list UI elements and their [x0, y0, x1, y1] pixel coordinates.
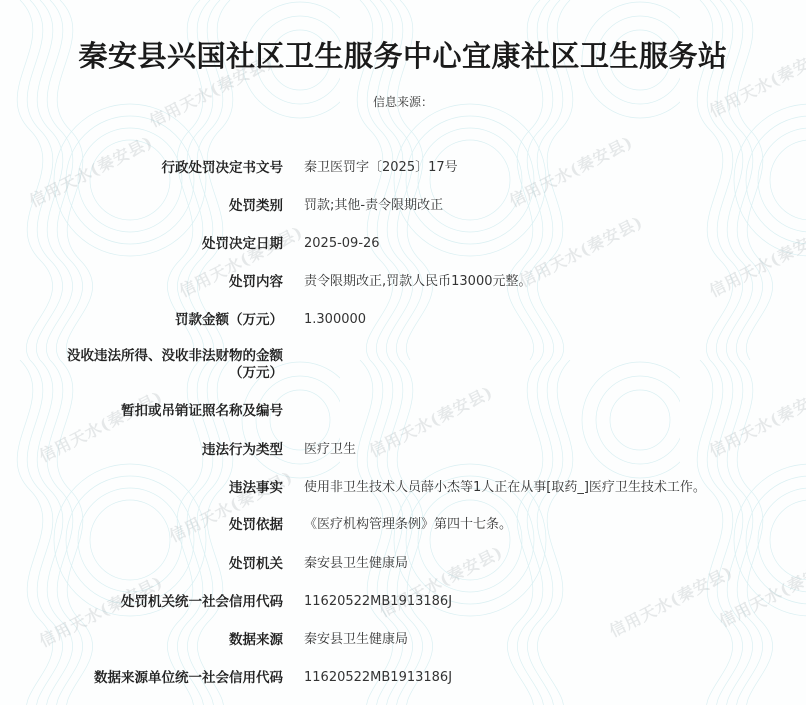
field-legal-basis: 处罚依据 《医疗机构管理条例》第四十七条。 [0, 516, 806, 538]
info-source-label: 信息来源： [373, 95, 433, 109]
field-data-source-credit-code: 数据来源单位统一社会信用代码 11620522MB1913186J [0, 669, 806, 691]
field-penalty-authority: 处罚机关 秦安县卫生健康局 [0, 555, 806, 577]
field-label: 违法事实 [229, 479, 283, 497]
field-label: 违法行为类型 [202, 441, 283, 459]
penalty-detail-page: 信用天水(秦安县) 信用天水(秦安县) 信用天水(秦安县) 信用天水(秦安县) … [0, 0, 806, 705]
field-value: 2025-09-26 [304, 235, 380, 253]
field-label: 处罚依据 [229, 516, 283, 534]
field-label: 数据来源单位统一社会信用代码 [94, 669, 283, 687]
field-license-revocation: 暂扣或吊销证照名称及编号 [0, 402, 806, 424]
field-label: 暂扣或吊销证照名称及编号 [121, 402, 283, 420]
field-value: 罚款;其他-责令限期改正 [304, 197, 443, 215]
field-value: 《医疗机构管理条例》第四十七条。 [304, 516, 512, 534]
field-value: 责令限期改正,罚款人民币13000元整。 [304, 273, 532, 291]
field-label: 处罚内容 [229, 273, 283, 291]
field-value: 医疗卫生 [304, 441, 356, 459]
field-value: 秦安县卫生健康局 [304, 555, 408, 573]
field-value: 11620522MB1913186J [304, 593, 452, 611]
field-label: 处罚机关 [229, 555, 283, 573]
field-value: 使用非卫生技术人员薛小杰等1人正在从事[取药_]医疗卫生技术工作。 [304, 479, 706, 497]
field-label: 数据来源 [229, 631, 283, 649]
field-value: 秦卫医罚字〔2025〕17号 [304, 159, 458, 177]
field-label-line2: （万元） [23, 365, 283, 382]
field-fine-amount: 罚款金额（万元） 1.300000 [0, 311, 806, 333]
field-violation-facts: 违法事实 使用非卫生技术人员薛小杰等1人正在从事[取药_]医疗卫生技术工作。 [0, 479, 806, 501]
field-decision-number: 行政处罚决定书文号 秦卫医罚字〔2025〕17号 [0, 159, 806, 181]
info-source: 信息来源： [0, 93, 806, 110]
field-label: 行政处罚决定书文号 [162, 159, 284, 177]
field-decision-date: 处罚决定日期 2025-09-26 [0, 235, 806, 257]
field-label: 处罚决定日期 [202, 235, 283, 253]
field-value: 11620522MB1913186J [304, 669, 452, 687]
field-label-line1: 没收违法所得、没收非法财物的金额 [23, 348, 283, 365]
field-penalty-category: 处罚类别 罚款;其他-责令限期改正 [0, 197, 806, 219]
field-label: 处罚机关统一社会信用代码 [121, 593, 283, 611]
field-violation-type: 违法行为类型 医疗卫生 [0, 441, 806, 463]
field-data-source: 数据来源 秦安县卫生健康局 [0, 631, 806, 653]
page-title: 秦安县兴国社区卫生服务中心宜康社区卫生服务站 [0, 34, 806, 75]
field-penalty-content: 处罚内容 责令限期改正,罚款人民币13000元整。 [0, 273, 806, 295]
field-value: 1.300000 [304, 311, 366, 329]
field-label: 没收违法所得、没收非法财物的金额 （万元） [23, 348, 283, 382]
field-value: 秦安县卫生健康局 [304, 631, 408, 649]
field-authority-credit-code: 处罚机关统一社会信用代码 11620522MB1913186J [0, 593, 806, 615]
field-confiscation-amount: 没收违法所得、没收非法财物的金额 （万元） [0, 348, 806, 384]
field-label: 处罚类别 [229, 197, 283, 215]
field-label: 罚款金额（万元） [175, 311, 283, 329]
